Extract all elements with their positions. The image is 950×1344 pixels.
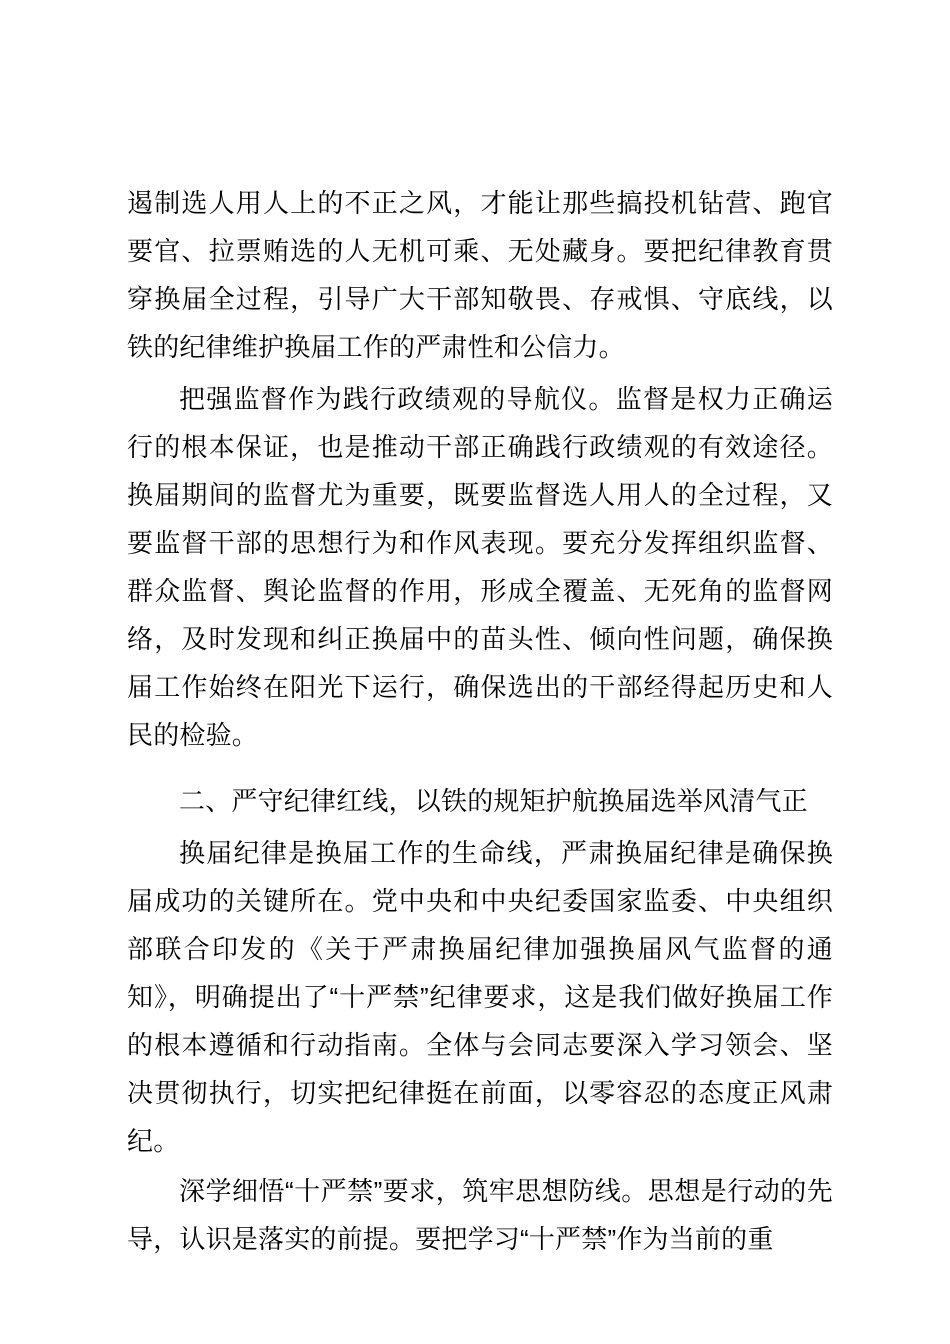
paragraph-discipline: 换届纪律是换届工作的生命线，严肃换届纪律是确保换届成功的关键所在。党中央和中央纪… [127, 829, 833, 1165]
paragraph-supervision: 把强监督作为践行政绩观的导航仪。监督是权力正确运行的根本保证，也是推动干部正确践… [127, 375, 833, 759]
section-heading: 二、严守纪律红线，以铁的规矩护航换届选举风清气正 [127, 777, 833, 825]
paragraph-continuation: 遏制选人用人上的不正之风，才能让那些搞投机钻营、跑官要官、拉票贿选的人无机可乘、… [127, 179, 833, 371]
document-page: 遏制选人用人上的不正之风，才能让那些搞投机钻营、跑官要官、拉票贿选的人无机可乘、… [0, 0, 950, 1344]
paragraph-study-truncated: 深学细悟“十严禁”要求，筑牢思想防线。思想是行动的先导，认识是落实的前提。要把学… [127, 1167, 833, 1263]
